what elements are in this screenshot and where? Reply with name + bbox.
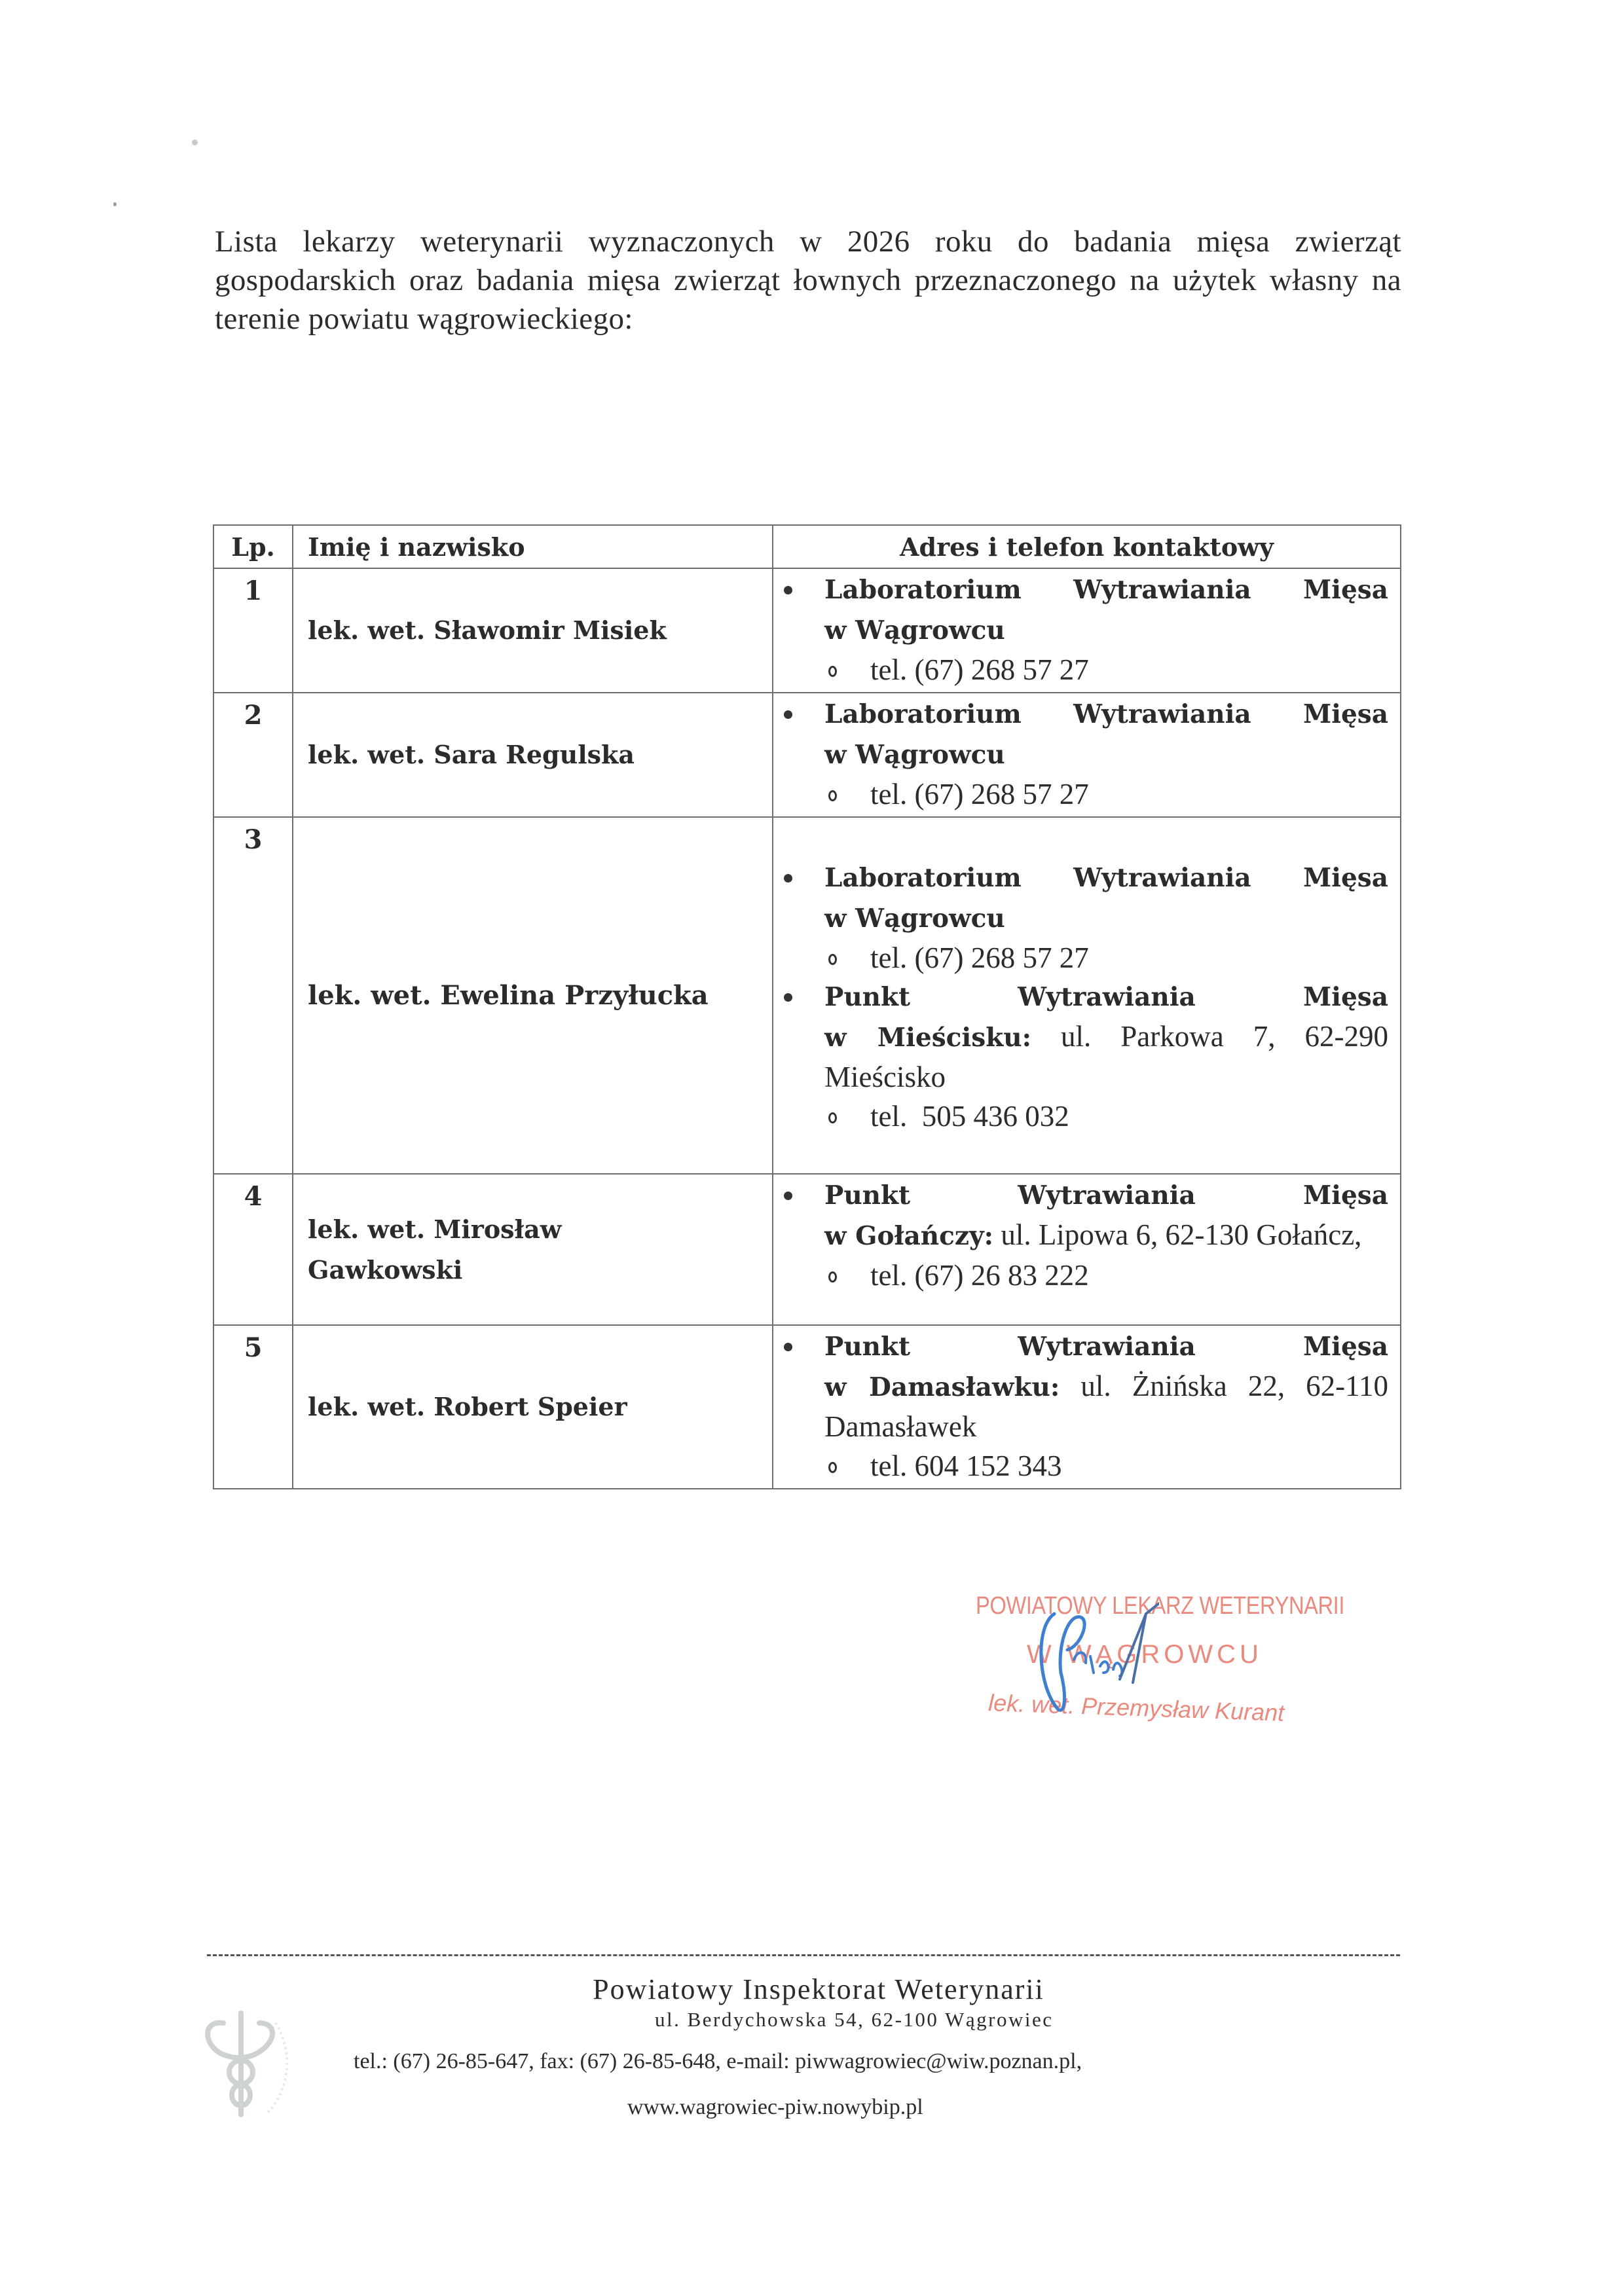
- vet-name-line1: lek. wet. Mirosław: [308, 1209, 772, 1250]
- place-name: Punkt Wytrawiania Mięsa: [824, 1176, 1388, 1215]
- phone-entry: tel. 505 436 032: [773, 1097, 1388, 1136]
- header-address: Adres i telefon kontaktowy: [773, 525, 1401, 568]
- phone-entry: tel. 604 152 343: [773, 1446, 1388, 1485]
- phone-entry: tel. (67) 268 57 27: [773, 938, 1388, 977]
- scan-speck: [192, 139, 198, 145]
- place-name: Laboratorium Wytrawiania Mięsa: [824, 695, 1388, 734]
- bullet-icon: [784, 710, 792, 719]
- place-name: Laboratorium Wytrawiania Mięsa: [824, 570, 1388, 610]
- vet-name: lek. wet. Sławomir Misiek: [293, 568, 773, 693]
- footer-website-link[interactable]: www.wagrowiec-piw.nowybip.pl: [627, 2095, 923, 2120]
- place-name: Laboratorium Wytrawiania Mięsa: [824, 858, 1388, 898]
- bullet-icon: [784, 1343, 792, 1351]
- place-locality: w Wągrowcu: [824, 615, 1005, 646]
- circle-bullet-icon: [828, 1112, 837, 1123]
- place-locality: w Damasławku:: [824, 1372, 1060, 1402]
- veterinarians-table: Lp. Imię i nazwisko Adres i telefon kont…: [213, 524, 1401, 1489]
- signature-icon: [1028, 1588, 1159, 1719]
- place-address: ul. Lipowa 6, 62-130 Gołańcz,: [993, 1218, 1361, 1251]
- address-cell: Laboratorium Wytrawiania Mięsa w Wągrowc…: [773, 568, 1401, 693]
- table-row: 5 lek. wet. Robert Speier Punkt Wytrawia…: [213, 1325, 1401, 1489]
- phone-entry: tel. (67) 268 57 27: [773, 650, 1388, 689]
- footer-address: ul. Berdychowska 54, 62-100 Wągrowiec: [655, 2008, 1053, 2032]
- row-number: 1: [213, 568, 293, 693]
- footer-institution-name: Powiatowy Inspektorat Weterynarii: [0, 1973, 1624, 2006]
- place-locality: w Wągrowcu: [824, 903, 1005, 934]
- table-row: 4 lek. wet. Mirosław Gawkowski Punkt Wyt…: [213, 1174, 1401, 1325]
- address-cell: Punkt Wytrawiania Mięsa w Damasławku: ul…: [773, 1325, 1401, 1489]
- phone-number: tel. (67) 26 83 222: [870, 1259, 1089, 1292]
- vet-name: lek. wet. Ewelina Przyłucka: [293, 817, 773, 1174]
- place-locality: w Wągrowcu: [824, 740, 1005, 770]
- place-entry: Punkt Wytrawiania Mięsa w Mieścisku: ul.…: [773, 977, 1388, 1097]
- circle-bullet-icon: [828, 666, 837, 677]
- phone-number: tel. (67) 268 57 27: [870, 653, 1089, 686]
- address-cell: Laboratorium Wytrawiania Mięsa w Wągrowc…: [773, 817, 1401, 1174]
- phone-number: tel. (67) 268 57 27: [870, 941, 1089, 974]
- phone-number: tel. 505 436 032: [870, 1100, 1069, 1133]
- place-locality: w Mieścisku:: [824, 1023, 1031, 1053]
- row-number: 3: [213, 817, 293, 1174]
- circle-bullet-icon: [828, 954, 837, 965]
- place-entry: Laboratorium Wytrawiania Mięsa w Wągrowc…: [773, 570, 1388, 650]
- place-locality: w Gołańczy:: [824, 1221, 993, 1251]
- vet-name-line2: Gawkowski: [308, 1250, 772, 1290]
- header-name: Imię i nazwisko: [293, 525, 773, 568]
- place-name: Punkt Wytrawiania Mięsa: [824, 1327, 1388, 1366]
- phone-number: tel. (67) 268 57 27: [870, 778, 1089, 811]
- table-row: 2 lek. wet. Sara Regulska Laboratorium W…: [213, 693, 1401, 817]
- circle-bullet-icon: [828, 1462, 837, 1473]
- table-header-row: Lp. Imię i nazwisko Adres i telefon kont…: [213, 525, 1401, 568]
- place-name: Punkt Wytrawiania Mięsa: [824, 977, 1388, 1017]
- bullet-icon: [784, 586, 792, 594]
- phone-entry: tel. (67) 268 57 27: [773, 774, 1388, 814]
- scan-speck: [113, 202, 117, 206]
- bullet-icon: [784, 1192, 792, 1200]
- circle-bullet-icon: [828, 790, 837, 801]
- circle-bullet-icon: [828, 1271, 837, 1283]
- footer-divider: [207, 1954, 1400, 1956]
- caduceus-logo-icon: [194, 2003, 299, 2121]
- phone-entry: tel. (67) 26 83 222: [773, 1256, 1388, 1295]
- intro-paragraph: Lista lekarzy weterynarii wyznaczonych w…: [215, 223, 1401, 338]
- header-lp: Lp.: [213, 525, 293, 568]
- phone-number: tel. 604 152 343: [870, 1449, 1061, 1482]
- footer-contact: tel.: (67) 26-85-647, fax: (67) 26-85-64…: [354, 2049, 1082, 2074]
- address-cell: Laboratorium Wytrawiania Mięsa w Wągrowc…: [773, 693, 1401, 817]
- bullet-icon: [784, 874, 792, 883]
- table-row: 1 lek. wet. Sławomir Misiek Laboratorium…: [213, 568, 1401, 693]
- row-number: 4: [213, 1174, 293, 1325]
- row-number: 5: [213, 1325, 293, 1489]
- vet-name: lek. wet. Mirosław Gawkowski: [293, 1174, 773, 1325]
- address-cell: Punkt Wytrawiania Mięsa w Gołańczy: ul. …: [773, 1174, 1401, 1325]
- place-entry: Laboratorium Wytrawiania Mięsa w Wągrowc…: [773, 858, 1388, 938]
- bullet-icon: [784, 993, 792, 1002]
- place-entry: Punkt Wytrawiania Mięsa w Damasławku: ul…: [773, 1327, 1388, 1446]
- place-entry: Laboratorium Wytrawiania Mięsa w Wągrowc…: [773, 695, 1388, 774]
- vet-name: lek. wet. Sara Regulska: [293, 693, 773, 817]
- official-stamp: POWIATOWY LEKARZ WETERYNARII W WĄGROWCU …: [963, 1584, 1356, 1741]
- vet-name: lek. wet. Robert Speier: [293, 1325, 773, 1489]
- place-entry: Punkt Wytrawiania Mięsa w Gołańczy: ul. …: [773, 1176, 1388, 1256]
- row-number: 2: [213, 693, 293, 817]
- table-row: 3 lek. wet. Ewelina Przyłucka Laboratori…: [213, 817, 1401, 1174]
